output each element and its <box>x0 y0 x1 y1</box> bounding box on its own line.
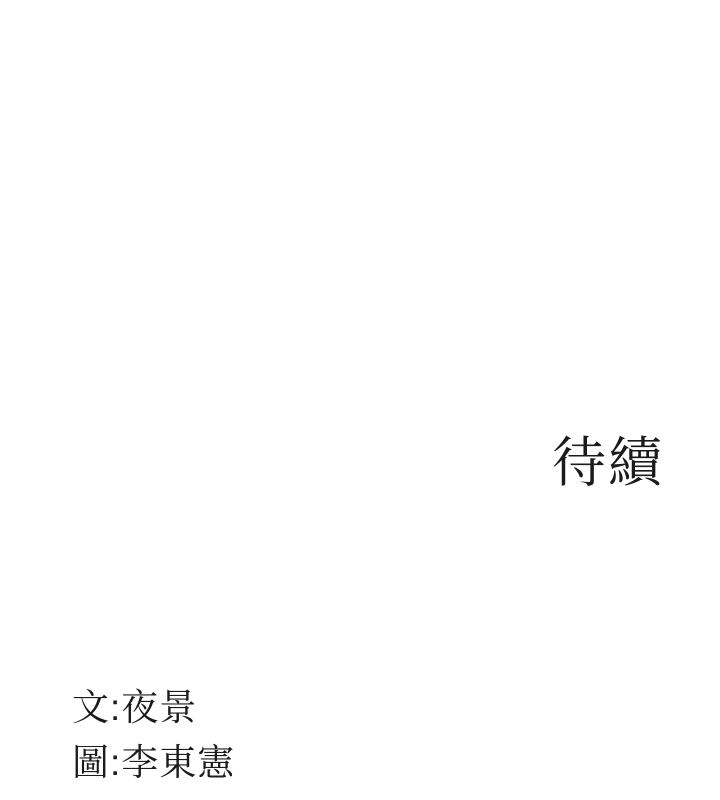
comic-ending-page: 待續 文:夜景 圖:李東憲 <box>0 0 720 800</box>
to-be-continued-text: 待續 <box>552 434 664 493</box>
writer-credit: 文:夜景 <box>72 680 235 735</box>
artist-credit: 圖:李東憲 <box>72 735 235 790</box>
credits-block: 文:夜景 圖:李東憲 <box>72 680 235 790</box>
